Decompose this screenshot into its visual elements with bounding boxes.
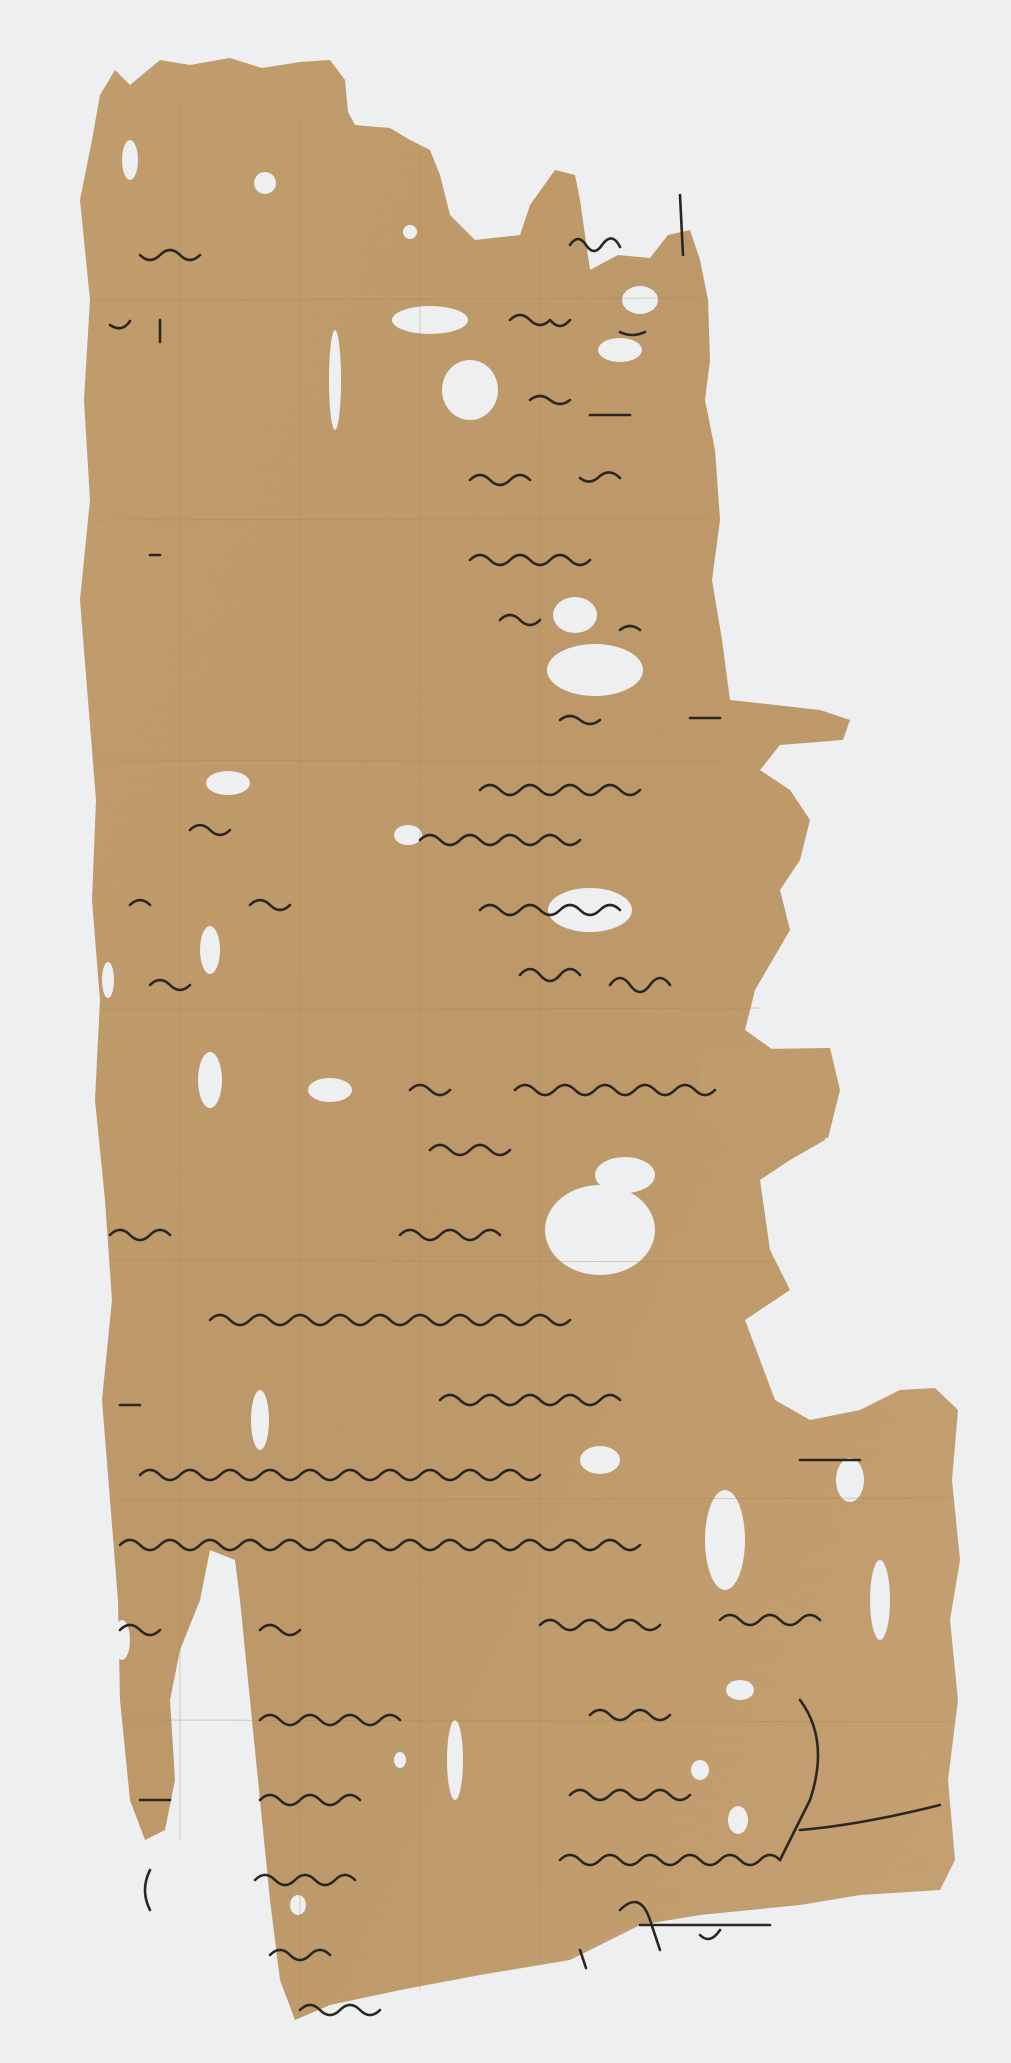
photo-scene: Ancient papyrus fragment with Greek curs… [0,0,1011,2063]
papyrus-fragment [0,0,1011,2063]
papyrus-body [80,58,960,2020]
